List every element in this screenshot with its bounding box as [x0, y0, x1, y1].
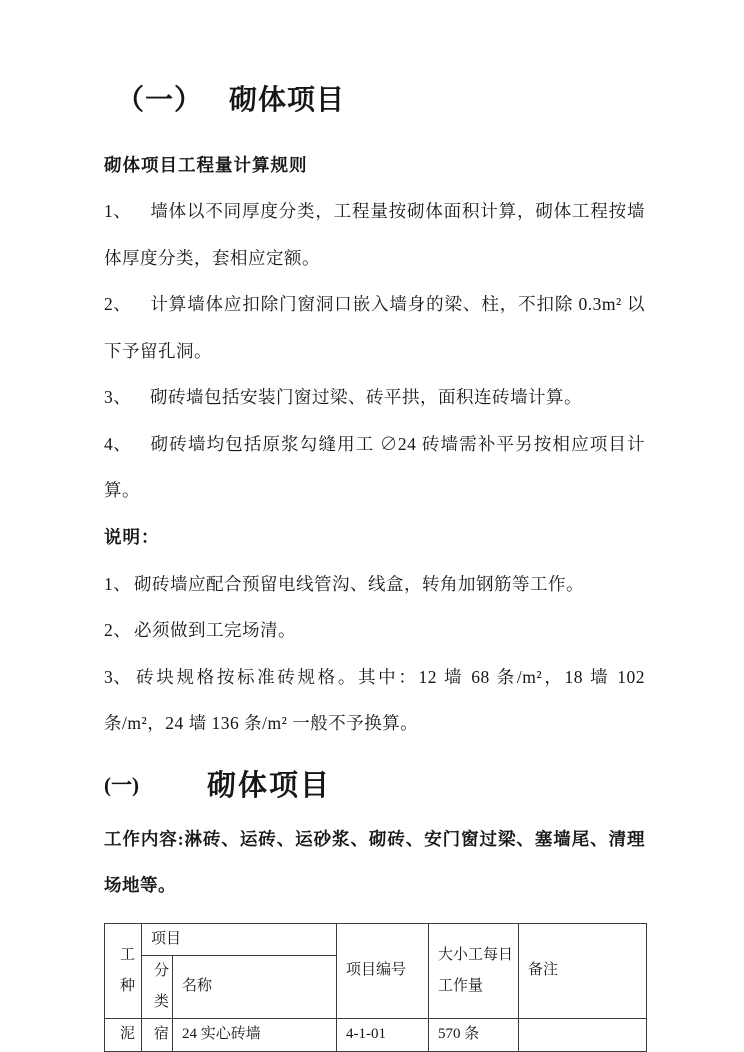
header-name: 名称 — [173, 955, 337, 1018]
note-text: 砖块规格按标准砖规格。其中：12 墙 68 条/m²，18 墙 102 条/m²… — [104, 667, 645, 734]
note-number: 3、 — [104, 654, 134, 701]
rule-number: 4、 — [104, 421, 150, 468]
header-project: 项目 — [142, 923, 337, 955]
rules-section-title: 砌体项目工程量计算规则 — [104, 142, 645, 188]
rule-item-3: 3、砌砖墙包括安装门窗过梁、砖平拱，面积连砖墙计算。 — [104, 374, 645, 421]
work-content: 工作内容:淋砖、运砖、运砂浆、砌砖、安门窗过梁、塞墙尾、清理场地等。 — [104, 816, 645, 909]
rule-number: 1、 — [104, 188, 150, 235]
cell-trade: 泥 — [105, 1018, 142, 1051]
rule-text: 计算墙体应扣除门窗洞口嵌入墙身的梁、柱，不扣除 0.3m² 以下予留孔洞。 — [104, 294, 645, 361]
note-number: 1、 — [104, 561, 134, 608]
notes-section-title: 说明： — [104, 514, 645, 561]
header-code: 项目编号 — [337, 923, 429, 1018]
rule-item-2: 2、计算墙体应扣除门窗洞口嵌入墙身的梁、柱，不扣除 0.3m² 以下予留孔洞。 — [104, 281, 645, 374]
rule-item-1: 1、墙体以不同厚度分类，工程量按砌体面积计算，砌体工程按墙体厚度分类，套相应定额… — [104, 188, 645, 281]
document-page: （一）砌体项目 砌体项目工程量计算规则 1、墙体以不同厚度分类，工程量按砌体面积… — [0, 0, 744, 1052]
cell-category: 宿 — [142, 1018, 173, 1051]
table-header-row-1: 工种 项目 项目编号 大小工每日工作量 备注 — [105, 923, 647, 955]
note-text: 砌砖墙应配合预留电线管沟、线盒，转角加钢筋等工作。 — [134, 574, 584, 594]
cell-daily-output: 570 条 — [429, 1018, 519, 1051]
sub-heading-title: 砌体项目 — [207, 770, 331, 802]
rule-item-4: 4、砌砖墙均包括原浆勾缝用工 ∅24 砖墙需补平另按相应项目计算。 — [104, 421, 645, 514]
work-content-text: 淋砖、运砖、运砂浆、砌砖、安门窗过梁、塞墙尾、清理场地等。 — [104, 829, 645, 896]
note-text: 必须做到工完场清。 — [134, 620, 296, 640]
header-remark: 备注 — [519, 923, 647, 1018]
note-item-1: 1、砌砖墙应配合预留电线管沟、线盒，转角加钢筋等工作。 — [104, 561, 645, 608]
rule-number: 2、 — [104, 281, 150, 328]
rule-text: 砌砖墙包括安装门窗过梁、砖平拱，面积连砖墙计算。 — [150, 387, 582, 407]
sub-heading-number: (一) — [104, 773, 139, 797]
main-heading-number: （一） — [116, 85, 203, 116]
header-daily-output: 大小工每日工作量 — [429, 923, 519, 1018]
cell-name: 24 实心砖墙 — [173, 1018, 337, 1051]
cell-code: 4-1-01 — [337, 1018, 429, 1051]
rule-number: 3、 — [104, 374, 150, 421]
main-heading-title: 砌体项目 — [229, 85, 345, 116]
header-trade: 工种 — [105, 923, 142, 1018]
note-item-2: 2、必须做到工完场清。 — [104, 607, 645, 654]
table-row: 泥 宿 24 实心砖墙 4-1-01 570 条 — [105, 1018, 647, 1051]
cell-remark — [519, 1018, 647, 1051]
rule-text: 砌砖墙均包括原浆勾缝用工 ∅24 砖墙需补平另按相应项目计算。 — [104, 434, 645, 501]
rule-text: 墙体以不同厚度分类，工程量按砌体面积计算，砌体工程按墙体厚度分类，套相应定额。 — [104, 201, 645, 268]
header-category: 分类 — [142, 955, 173, 1018]
note-number: 2、 — [104, 607, 134, 654]
work-items-table: 工种 项目 项目编号 大小工每日工作量 备注 分类 名称 泥 宿 24 实心砖墙… — [104, 923, 647, 1052]
main-heading: （一）砌体项目 — [116, 78, 645, 118]
work-content-label: 工作内容: — [104, 829, 184, 849]
note-item-3: 3、砖块规格按标准砖规格。其中：12 墙 68 条/m²，18 墙 102 条/… — [104, 654, 645, 747]
sub-heading: (一)砌体项目 — [104, 763, 645, 804]
document-body: 砌体项目工程量计算规则 1、墙体以不同厚度分类，工程量按砌体面积计算，砌体工程按… — [104, 142, 645, 747]
